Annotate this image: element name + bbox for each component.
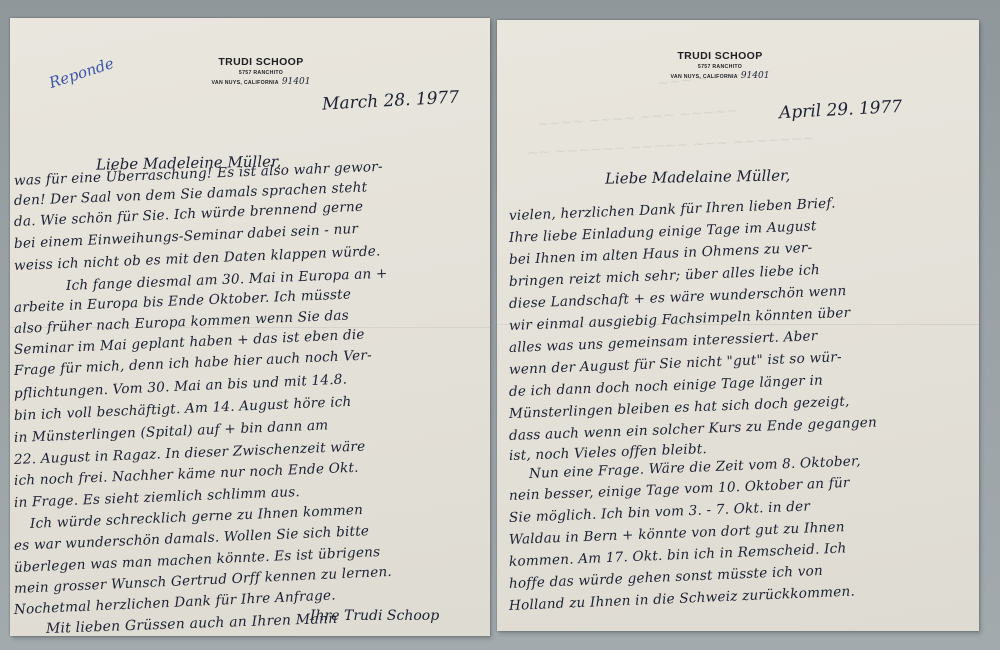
closing: Mit lieben Grüssen auch an Ihren Mann: [46, 611, 338, 637]
letterhead-street: 5757 RANCHITO: [665, 64, 775, 70]
margin-note: Reponde: [47, 54, 116, 92]
signature: Ihre Trudi Schoop: [310, 608, 439, 624]
reverse-bleed-through: ~~~~ ~~~~ ~~~ ~~~~~: [537, 103, 739, 133]
letterhead-city-text: VAN NUYS, CALIFORNIA: [212, 80, 279, 86]
handwritten-zip: 91401: [741, 71, 770, 81]
letterhead: TRUDI SCHOOP 5757 RANCHITO VAN NUYS, CAL…: [665, 50, 775, 81]
reverse-bleed-through: ~~ ~~~~~~ ~~~~~ ~~~ ~~~~~~~: [527, 130, 815, 161]
letterhead-street: 5757 RANCHITO: [206, 70, 316, 76]
letter-march-1977: Reponde TRUDI SCHOOP 5757 RANCHITO VAN N…: [10, 18, 490, 636]
salutation: Liebe Madelaine Müller,: [605, 166, 791, 187]
letterhead-name: TRUDI SCHOOP: [206, 56, 316, 68]
letter-april-1977: ~~~ ~~ ~~~~ ~~~~ ~~~~ ~~~ ~~~~~ ~~ ~~~~~…: [497, 20, 979, 631]
letterhead-city: VAN NUYS, CALIFORNIA91401: [206, 77, 316, 87]
letter-date: April 29. 1977: [779, 97, 903, 123]
letterhead-city-text: VAN NUYS, CALIFORNIA: [671, 74, 738, 80]
letterhead-city: VAN NUYS, CALIFORNIA91401: [665, 71, 775, 81]
letterhead: TRUDI SCHOOP 5757 RANCHITO VAN NUYS, CAL…: [206, 56, 316, 87]
letterhead-name: TRUDI SCHOOP: [665, 50, 775, 62]
letter-date: March 28. 1977: [322, 87, 460, 114]
handwritten-zip: 91401: [282, 77, 311, 87]
